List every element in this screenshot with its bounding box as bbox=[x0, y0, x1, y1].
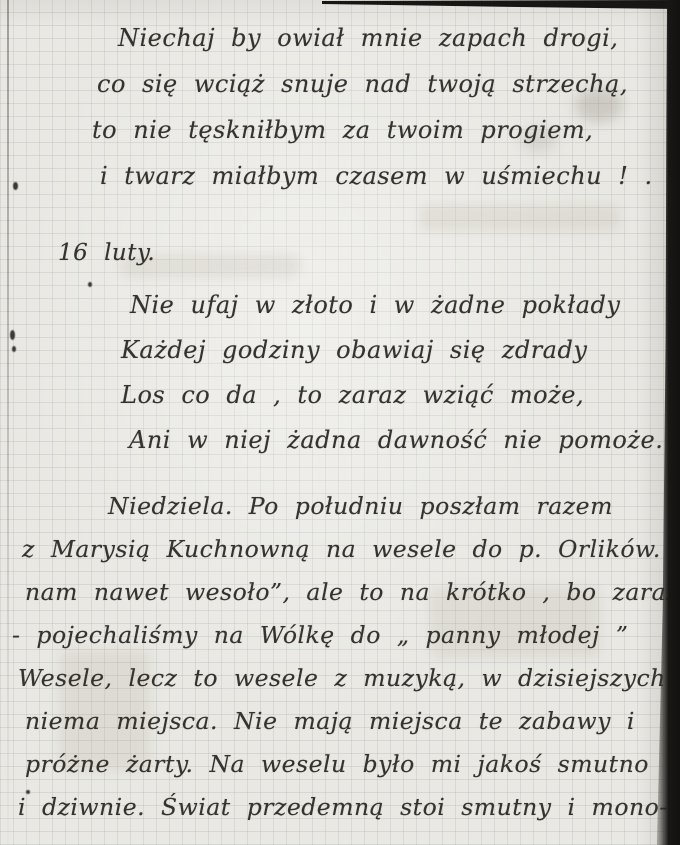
poem-line: co się wciąż snuje nad twoją strzechą, bbox=[97, 70, 680, 116]
date-heading-text: 16 luty. bbox=[58, 240, 155, 266]
diary-entry-paragraph: Niedziela. Po południu poszłam razem z M… bbox=[0, 492, 680, 836]
entry-line: - pojechaliśmy na Wólkę do „ panny młode… bbox=[12, 621, 680, 664]
poem-line: Każdej godziny obawiaj się zdrady bbox=[121, 336, 663, 381]
ink-speck bbox=[88, 282, 92, 287]
date-heading: 16 luty. bbox=[58, 240, 155, 266]
ink-speck bbox=[13, 182, 18, 190]
ink-speck bbox=[12, 346, 16, 352]
entry-line: z Marysią Kuchnowną na wesele do p. Orli… bbox=[22, 535, 680, 578]
poem-line: Niechaj by owiał mnie zapach drogi, bbox=[118, 24, 680, 70]
entry-line: Niedziela. Po południu poszłam razem bbox=[108, 492, 680, 535]
poem-line: Nie ufaj w złoto i w żadne pokłady bbox=[130, 291, 663, 336]
poem-line: Los co da , to zaraz wziąć może, bbox=[121, 381, 663, 426]
scanned-diary-page: { "colors": { "paper": "#e9e8e3", "ink":… bbox=[0, 0, 680, 845]
poem-line: i twarz miałbym czasem w uśmiechu ! . . … bbox=[100, 162, 680, 208]
entry-line: niema miejsca. Nie mają miejsca te zabaw… bbox=[25, 707, 680, 750]
entry-line: i dziwnie. Świat przedemną stoi smutny i… bbox=[18, 793, 680, 836]
poem-line: to nie tęskniłbym za twoim progiem, bbox=[92, 116, 680, 162]
ink-bleed-through bbox=[420, 205, 620, 231]
entry-line: Wesele, lecz to wesele z muzyką, w dzisi… bbox=[18, 664, 680, 707]
poem-stanza-top: Niechaj by owiał mnie zapach drogi, co s… bbox=[0, 24, 680, 208]
poem-line: Ani w niej żadna dawność nie pomoże. bbox=[129, 426, 663, 471]
entry-line: nam nawet wesoło”, ale to na krótko , bo… bbox=[25, 578, 680, 621]
entry-line: próżne żarty. Na weselu było mi jakoś sm… bbox=[25, 750, 680, 793]
page-fold-line bbox=[7, 0, 9, 845]
ink-speck bbox=[26, 790, 30, 794]
poem-stanza-middle: Nie ufaj w złoto i w żadne pokłady Każde… bbox=[0, 291, 663, 471]
ink-speck bbox=[10, 330, 15, 340]
